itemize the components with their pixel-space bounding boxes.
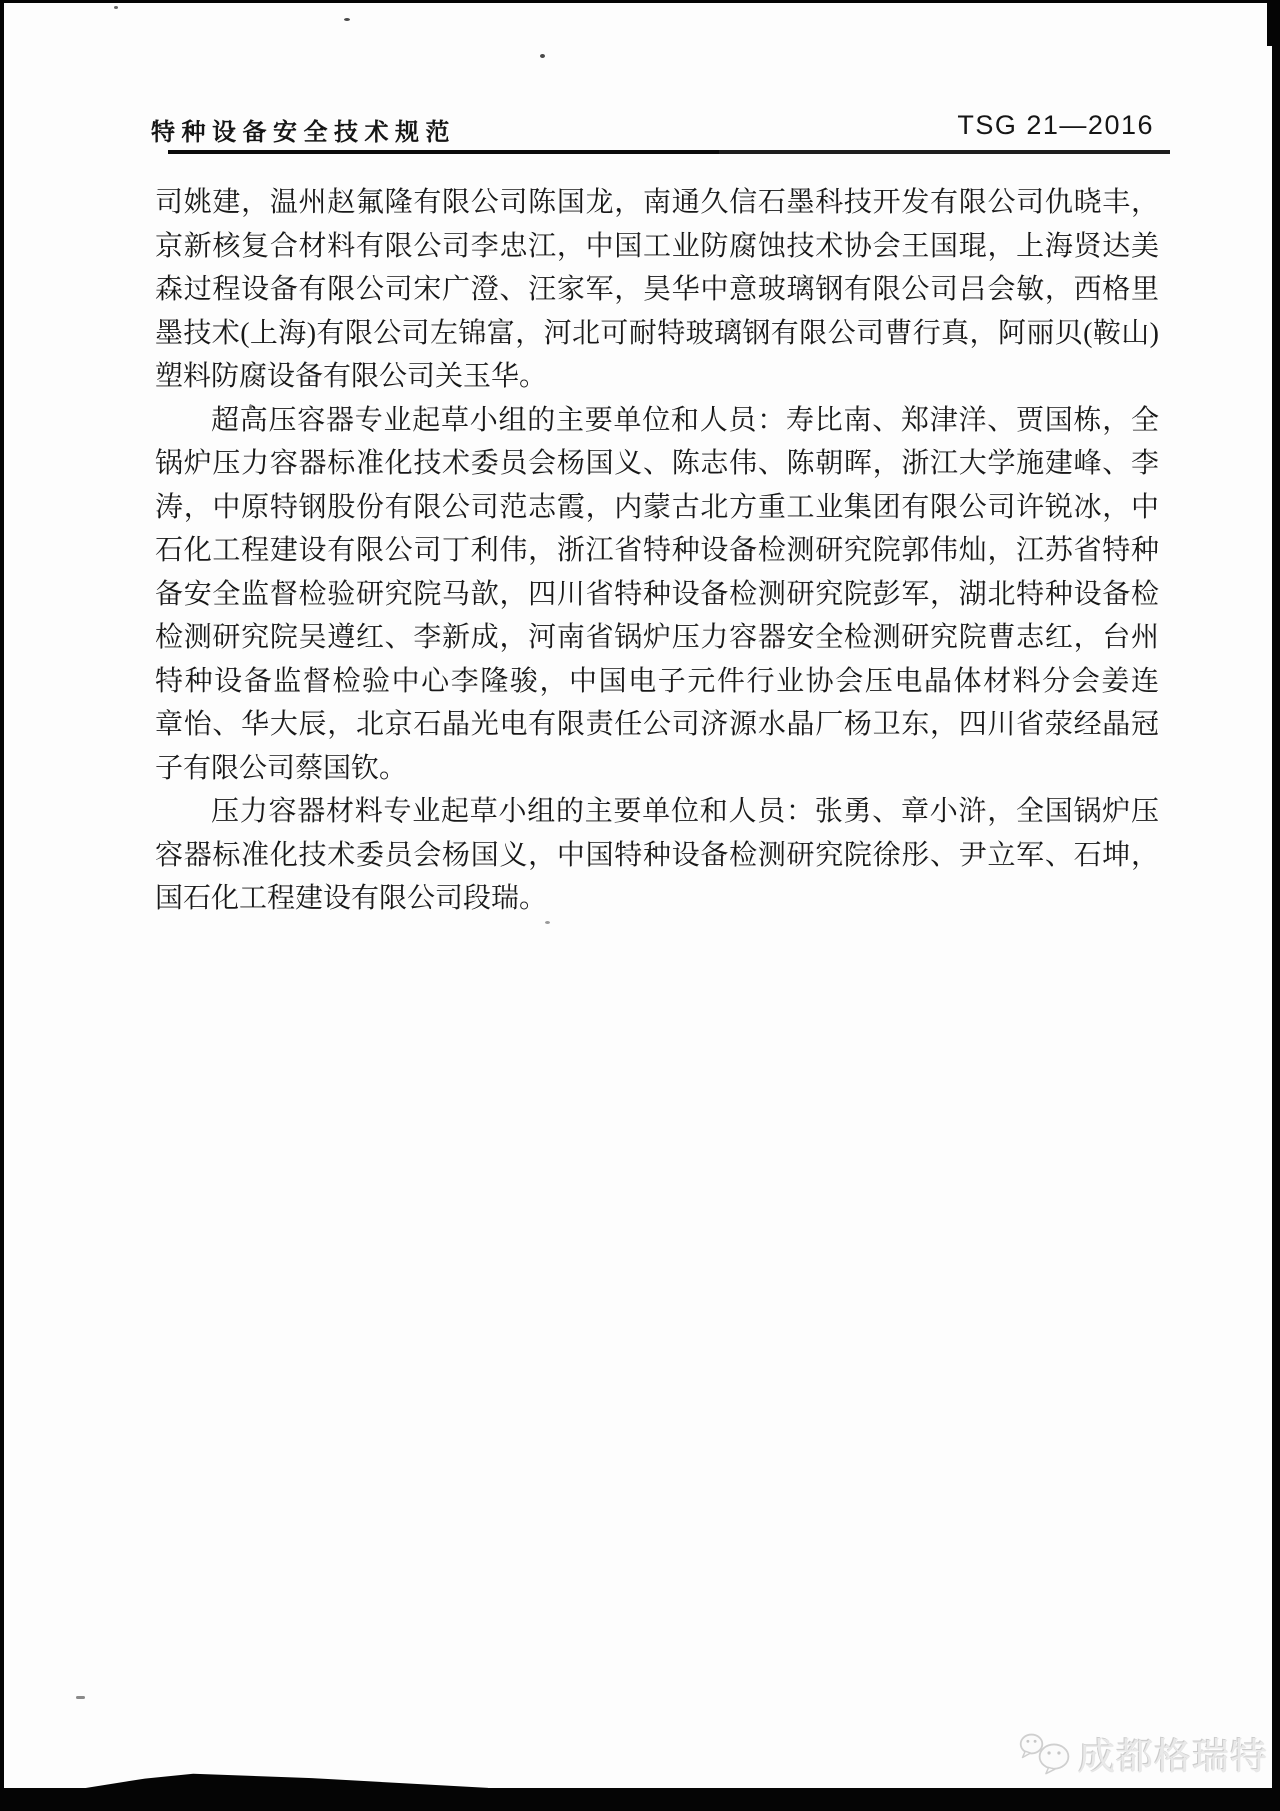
scan-edge-bottom [0,1788,1280,1811]
text-line: 检测研究院吴遵红、李新成，河南省锅炉压力容器安全检测研究院曹志红，台州市 [155,616,1159,660]
text-line: 塑料防腐设备有限公司关玉华。 [155,355,1159,399]
scan-speck [76,1696,85,1699]
text-line: 特种设备监督检验中心李隆骏，中国电子元件行业协会压电晶体材料分会姜连生、 [155,660,1159,704]
doc-category-title: 特种设备安全技术规范 [151,112,456,147]
scan-edge-left [0,0,4,1811]
text-line: 超高压容器专业起草小组的主要单位和人员：寿比南、郑津洋、贾国栋，全国 [155,399,1159,443]
document-body: 司姚建，温州赵氟隆有限公司陈国龙，南通久信石墨科技开发有限公司仇晓丰，南 京新核… [155,181,1159,921]
doc-code: TSG 21—2016 [957,110,1154,141]
scan-speck [344,18,350,21]
watermark: 成都格瑞特 [1018,1726,1268,1780]
paragraph-drafting-group-1: 司姚建，温州赵氟隆有限公司陈国龙，南通久信石墨科技开发有限公司仇晓丰，南 京新核… [155,181,1159,399]
text-line: 森过程设备有限公司宋广澄、汪家军，昊华中意玻璃钢有限公司吕会敏，西格里石 [155,268,1159,312]
paragraph-uhp-vessel-group: 超高压容器专业起草小组的主要单位和人员：寿比南、郑津洋、贾国栋，全国 锅炉压力容… [155,399,1159,791]
scanned-document-page: 特种设备安全技术规范 TSG 21—2016 司姚建，温州赵氟隆有限公司陈国龙，… [0,0,1280,1811]
text-line: 章怡、华大辰，北京石晶光电有限责任公司济源水晶厂杨卫东，四川省荥经晶冠电 [155,703,1159,747]
paragraph-vessel-material-group: 压力容器材料专业起草小组的主要单位和人员：张勇、章小浒，全国锅炉压力 容器标准化… [155,790,1159,921]
scan-edge-right-top [1267,0,1280,46]
text-line: 压力容器材料专业起草小组的主要单位和人员：张勇、章小浒，全国锅炉压力 [155,790,1159,834]
text-line: 子有限公司蔡国钦。 [155,747,1159,791]
wechat-icon [1018,1729,1072,1777]
scan-edge-top [0,0,1280,3]
header-rule [168,150,1170,154]
watermark-label: 成都格瑞特 [1078,1726,1268,1780]
scan-speck [249,404,252,410]
text-line: 锅炉压力容器标准化技术委员会杨国义、陈志伟、陈朝晖，浙江大学施建峰、李 [155,442,1159,486]
text-line: 容器标准化技术委员会杨国义，中国特种设备检测研究院徐彤、尹立军、石坤，中 [155,834,1159,878]
text-line: 京新核复合材料有限公司李忠江，中国工业防腐蚀技术协会王国琨，上海贤达美尔 [155,225,1159,269]
scan-speck [435,817,439,821]
scan-speck [114,6,118,9]
text-line: 司姚建，温州赵氟隆有限公司陈国龙，南通久信石墨科技开发有限公司仇晓丰，南 [155,181,1159,225]
text-line: 墨技术(上海)有限公司左锦富，河北可耐特玻璃钢有限公司曹行真，阿丽贝(鞍山) [155,312,1159,356]
scan-edge-right [1272,0,1280,1811]
scan-speck [540,54,545,58]
text-line: 备安全监督检验研究院马歆，四川省特种设备检测研究院彭军，湖北特种设备检验 [155,573,1159,617]
text-line: 国石化工程建设有限公司段瑞。 [155,877,1159,921]
text-line: 涛，中原特钢股份有限公司范志霞，内蒙古北方重工业集团有限公司许锐冰，中国 [155,486,1159,530]
scan-speck [545,921,550,924]
text-line: 石化工程建设有限公司丁利伟，浙江省特种设备检测研究院郭伟灿，江苏省特种设 [155,529,1159,573]
